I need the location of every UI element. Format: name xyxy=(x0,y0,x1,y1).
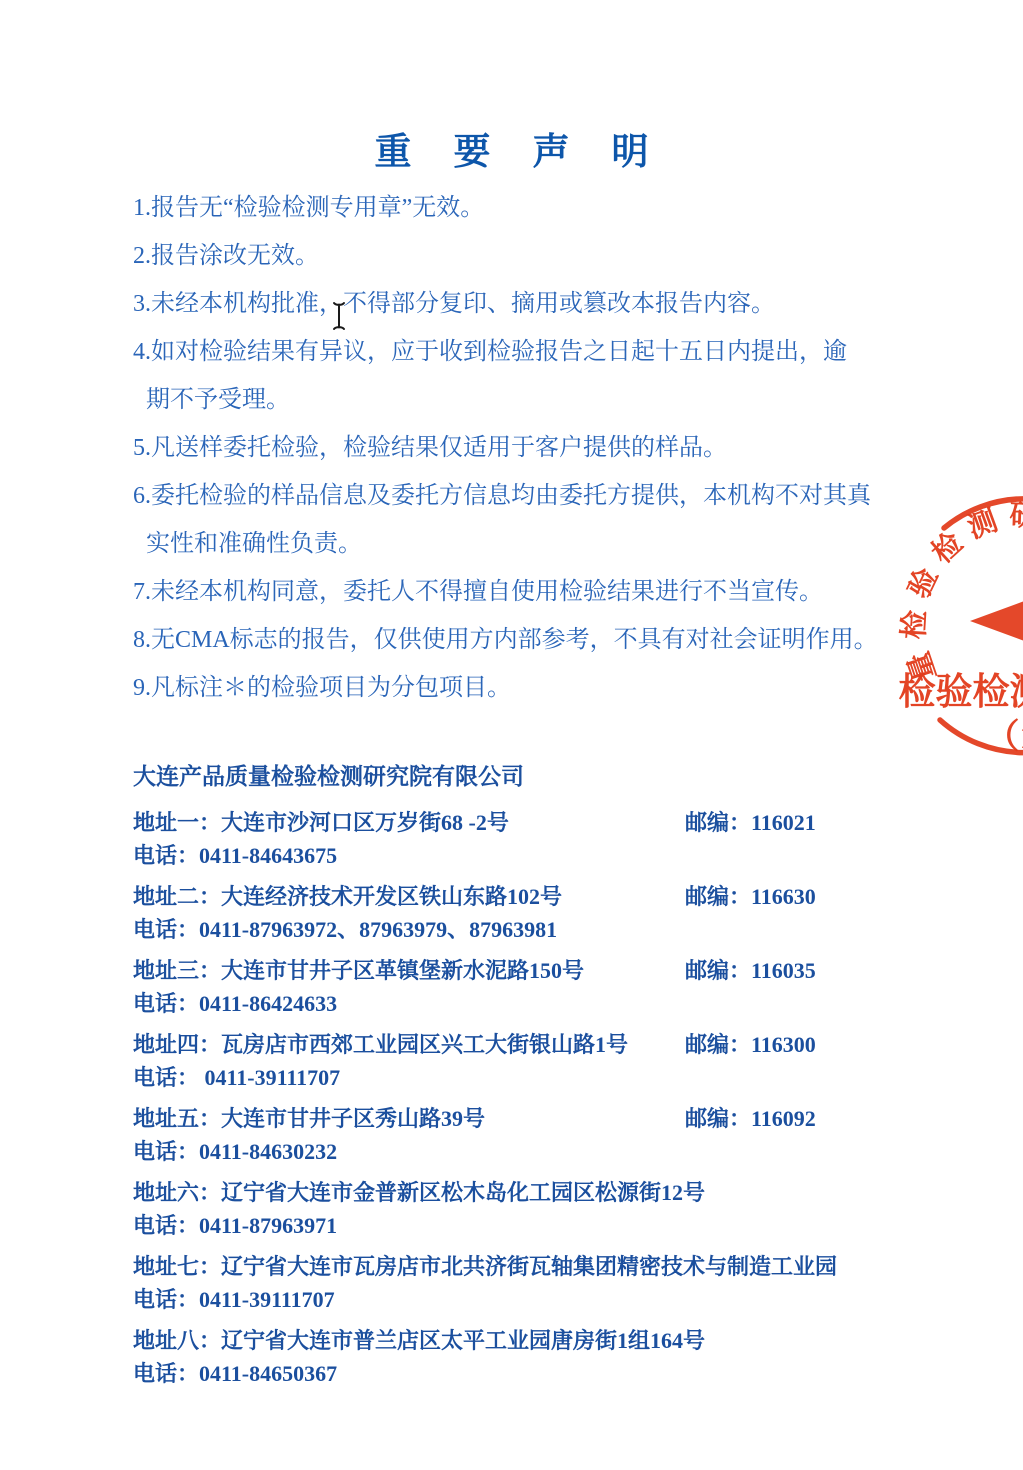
address-list: 地址一：大连市沙河口区万岁街68 -2号邮编：116021电话：0411-846… xyxy=(133,806,913,1398)
address-line: 地址二：大连经济技术开发区铁山东路102号邮编：116630 xyxy=(133,880,913,913)
address-text: 地址一：大连市沙河口区万岁街68 -2号 xyxy=(133,810,509,835)
phone-line: 电话：0411-87963972、87963979、87963981 xyxy=(133,913,913,946)
text-cursor-icon xyxy=(332,301,346,331)
notice-line: 实性和准确性负责。 xyxy=(133,520,913,568)
address-block: 地址二：大连经济技术开发区铁山东路102号邮编：116630电话：0411-87… xyxy=(133,880,913,946)
notice-line: 8.无CMA标志的报告，仅供使用方内部参考，不具有对社会证明作用。 xyxy=(133,616,913,664)
address-block: 地址七：辽宁省大连市瓦房店市北共济街瓦轴集团精密技术与制造工业园电话：0411-… xyxy=(133,1250,913,1316)
inspection-stamp: 量检验检测研 检验检测专用章 （1） xyxy=(880,488,1023,788)
notice-line: 期不予受理。 xyxy=(133,376,913,424)
notice-line: 1.报告无“检验检测专用章”无效。 xyxy=(133,184,913,232)
phone-line: 电话：0411-84630232 xyxy=(133,1135,913,1168)
address-text: 地址八：辽宁省大连市普兰店区太平工业园唐房街1组164号 xyxy=(133,1328,705,1353)
address-block: 地址一：大连市沙河口区万岁街68 -2号邮编：116021电话：0411-846… xyxy=(133,806,913,872)
address-text: 地址五：大连市甘井子区秀山路39号 xyxy=(133,1106,485,1131)
notice-line: 7.未经本机构同意，委托人不得擅自使用检验结果进行不当宣传。 xyxy=(133,568,913,616)
postal-code: 邮编：116300 xyxy=(685,1028,816,1061)
address-block: 地址三：大连市甘井子区革镇堡新水泥路150号邮编：116035电话：0411-8… xyxy=(133,954,913,1020)
page-title: 重要声明 xyxy=(0,121,1023,175)
address-text: 地址四：瓦房店市西郊工业园区兴工大街银山路1号 xyxy=(133,1032,628,1057)
address-block: 地址八：辽宁省大连市普兰店区太平工业园唐房街1组164号电话：0411-8465… xyxy=(133,1324,913,1390)
address-block: 地址五：大连市甘井子区秀山路39号邮编：116092电话：0411-846302… xyxy=(133,1102,913,1168)
notice-list: 1.报告无“检验检测专用章”无效。2.报告涂改无效。3.未经本机构批准，不得部分… xyxy=(133,184,913,712)
phone-line: 电话：0411-87963971 xyxy=(133,1209,913,1242)
address-block: 地址四：瓦房店市西郊工业园区兴工大街银山路1号邮编：116300电话： 0411… xyxy=(133,1028,913,1094)
notice-line: 6.委托检验的样品信息及委托方信息均由委托方提供，本机构不对其真 xyxy=(133,472,913,520)
notice-line: 4.如对检验结果有异议，应于收到检验报告之日起十五日内提出，逾 xyxy=(133,328,913,376)
stamp-seal-number: （1） xyxy=(986,718,1023,756)
address-line: 地址五：大连市甘井子区秀山路39号邮编：116092 xyxy=(133,1102,913,1135)
address-line: 地址六：辽宁省大连市金普新区松木岛化工园区松源街12号 xyxy=(133,1176,913,1209)
address-text: 地址六：辽宁省大连市金普新区松木岛化工园区松源街12号 xyxy=(133,1180,705,1205)
page-root: { "document": { "title": "重要声明" }, "noti… xyxy=(0,0,1023,1470)
company-name: 大连产品质量检验检测研究院有限公司 xyxy=(133,760,524,793)
address-line: 地址一：大连市沙河口区万岁街68 -2号邮编：116021 xyxy=(133,806,913,839)
postal-code: 邮编：116092 xyxy=(685,1102,816,1135)
phone-line: 电话：0411-84650367 xyxy=(133,1357,913,1390)
notice-line: 9.凡标注＊的检验项目为分包项目。 xyxy=(133,664,913,712)
phone-line: 电话：0411-39111707 xyxy=(133,1283,913,1316)
phone-line: 电话： 0411-39111707 xyxy=(133,1061,913,1094)
notice-line: 2.报告涂改无效。 xyxy=(133,232,913,280)
address-text: 地址三：大连市甘井子区革镇堡新水泥路150号 xyxy=(133,958,584,983)
notice-line: 5.凡送样委托检验，检验结果仅适用于客户提供的样品。 xyxy=(133,424,913,472)
address-text: 地址七：辽宁省大连市瓦房店市北共济街瓦轴集团精密技术与制造工业园 xyxy=(133,1254,837,1279)
address-line: 地址三：大连市甘井子区革镇堡新水泥路150号邮编：116035 xyxy=(133,954,913,987)
address-block: 地址六：辽宁省大连市金普新区松木岛化工园区松源街12号电话：0411-87963… xyxy=(133,1176,913,1242)
address-line: 地址四：瓦房店市西郊工业园区兴工大街银山路1号邮编：116300 xyxy=(133,1028,913,1061)
address-text: 地址二：大连经济技术开发区铁山东路102号 xyxy=(133,884,562,909)
postal-code: 邮编：116021 xyxy=(685,806,816,839)
phone-line: 电话：0411-84643675 xyxy=(133,839,913,872)
postal-code: 邮编：116035 xyxy=(685,954,816,987)
phone-line: 电话：0411-86424633 xyxy=(133,987,913,1020)
address-line: 地址七：辽宁省大连市瓦房店市北共济街瓦轴集团精密技术与制造工业园 xyxy=(133,1250,913,1283)
address-line: 地址八：辽宁省大连市普兰店区太平工业园唐房街1组164号 xyxy=(133,1324,913,1357)
stamp-ring-text: 量检验检测研 xyxy=(897,499,1023,686)
stamp-seal-text: 检验检测专用章 xyxy=(899,670,1023,713)
postal-code: 邮编：116630 xyxy=(685,880,816,913)
notice-line: 3.未经本机构批准，不得部分复印、摘用或篡改本报告内容。 xyxy=(133,280,913,328)
